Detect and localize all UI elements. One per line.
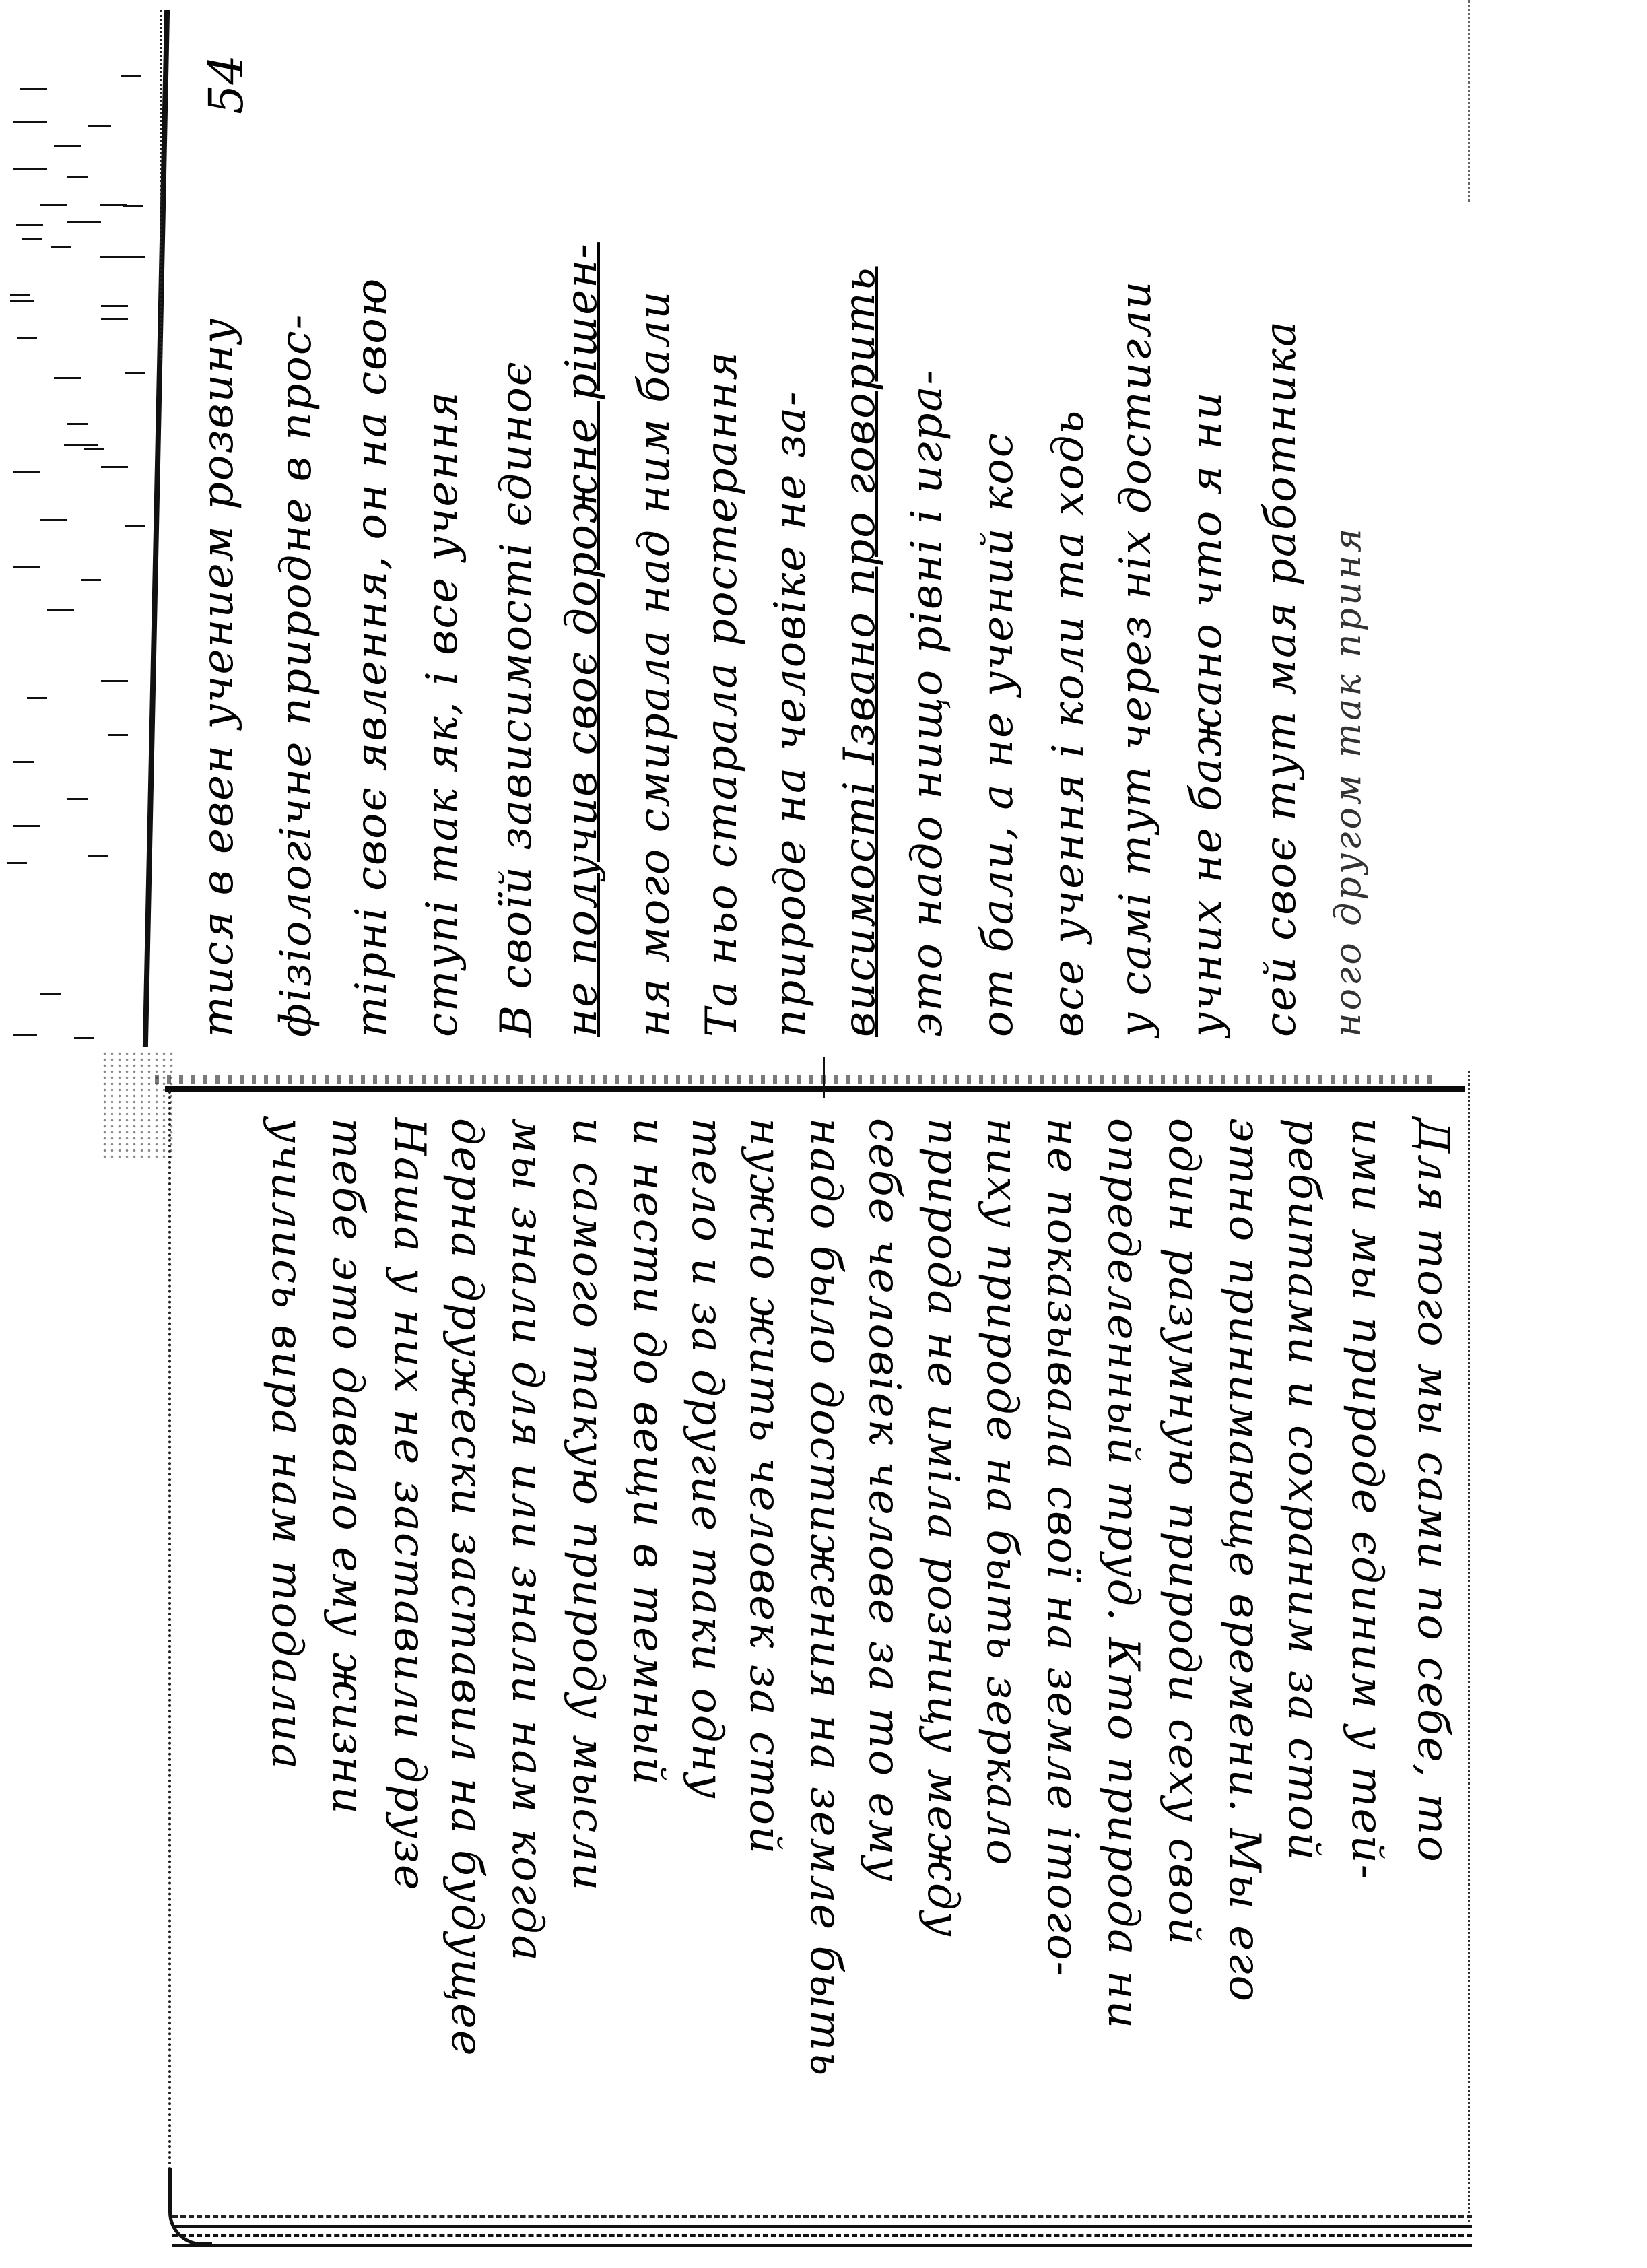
top-page-line: тірні своє явлення, он на свою: [350, 277, 393, 1037]
scan-noise: [101, 305, 128, 307]
scan-noise: [67, 221, 101, 223]
top-page-line: учних не бажано что я ни: [1185, 391, 1228, 1037]
page-stack-edge: [172, 2225, 1472, 2232]
bottom-page-line: дерна дружески заставил на будущее: [445, 1118, 488, 2057]
top-page-line: не получив своє дорожне рішен-: [560, 242, 603, 1037]
top-page-line: висимості Ізвано про говорить: [838, 266, 881, 1037]
scan-noise: [54, 377, 81, 379]
scan-noise: [84, 448, 104, 450]
bottom-page-line: мы знали для или знали нам когда: [506, 1118, 549, 1962]
scanned-notebook-spread: 54 тися в евен учением розвину фізіологі…: [0, 0, 1647, 2268]
scan-noise: [27, 697, 47, 699]
scan-noise: [17, 337, 37, 339]
scan-noise: [74, 1037, 94, 1039]
scan-noise: [121, 75, 141, 77]
bottom-page-right-edge: [1468, 1071, 1473, 2222]
bottom-page-line: учились вира нам тодалиа: [265, 1118, 308, 1770]
top-page-line: В своїй зависимості єдиноє: [495, 360, 538, 1037]
notebook-spine: [165, 1086, 1465, 1092]
scan-noise: [88, 855, 108, 857]
bottom-page-line: ниху природе на быть зеркало: [980, 1118, 1023, 1867]
top-page-line: это надо нищо рівні і игра-: [906, 369, 949, 1037]
top-page-line: у самі тут через ніх достигли: [1114, 280, 1157, 1037]
bottom-page-line: тело и за другие таки одну: [685, 1118, 729, 1800]
page-stack-edge: [172, 2234, 1472, 2241]
page-stack-edge: [172, 2215, 1472, 2222]
scan-noise: [125, 525, 145, 527]
scan-noise: [81, 579, 101, 581]
top-page-line: ня мого смирала над ним бали: [633, 290, 676, 1037]
bottom-page-line: тебе это давало ему жизни: [326, 1118, 369, 1815]
scan-noise: [64, 444, 98, 446]
scan-noise: [67, 176, 88, 178]
page-stack-edge: [172, 2244, 1472, 2251]
spine-center-mark: [823, 1057, 825, 1098]
scan-noise: [125, 372, 145, 374]
top-page-left-edge: [143, 10, 170, 1047]
scan-noise: [13, 1034, 37, 1036]
scan-noise: [13, 121, 47, 123]
top-page-line: тися в евен учением розвину: [197, 317, 240, 1037]
scan-noise: [10, 300, 34, 302]
top-page-line: от бали, а не учений кос: [976, 432, 1019, 1037]
scan-noise: [16, 224, 43, 226]
bottom-page-line: надо было достижения на земле быть: [804, 1118, 847, 2077]
top-page-line: ного другом так приня: [1330, 526, 1366, 1037]
top-page-right-edge: [1468, 0, 1473, 202]
scan-noise: [13, 761, 34, 763]
bottom-page-line: Для того мы сами по себе, то: [1411, 1118, 1454, 1863]
bottom-page-line: природа не иміла розницу между: [921, 1118, 964, 1938]
scan-noise: [51, 246, 71, 248]
scan-noise: [40, 993, 61, 995]
scan-noise: [67, 423, 88, 425]
scan-noise: [101, 466, 128, 468]
bottom-page-line: и самого такую природу мысли: [566, 1118, 609, 1892]
scan-noise: [20, 88, 47, 90]
scan-noise: [54, 145, 81, 147]
scan-noise: [13, 168, 47, 170]
scan-noise: [100, 256, 127, 258]
scan-noise: [125, 256, 145, 258]
bottom-page-line: один разумную природи сеху свой: [1162, 1118, 1205, 1946]
top-page-line: Та ньо старала ростерання: [700, 350, 743, 1037]
scan-noise: [22, 238, 42, 240]
bottom-page-line: нужно жить человек за стой: [743, 1118, 786, 1855]
top-page-line: сей своє тут мая работника: [1259, 320, 1302, 1037]
bottom-page-line: и нести до вещи в темный: [627, 1118, 670, 1787]
bottom-page-line: этно принимающе времени. Мы его: [1223, 1118, 1266, 2003]
bottom-page-line: определенный труд. Кто природа ни: [1102, 1118, 1145, 2030]
gutter-smudge: [101, 1050, 175, 1158]
spine-shadow: [155, 1075, 1434, 1084]
scan-noise: [7, 862, 27, 864]
scan-noise: [10, 294, 30, 296]
bottom-page-line: ребитами и сохраним за стой: [1282, 1118, 1325, 1861]
top-page-line: фізіологічне природне в прос-: [275, 314, 318, 1037]
bottom-page-line: не показывала свої на земле ітого-: [1041, 1118, 1084, 1977]
scan-noise: [13, 825, 40, 827]
bottom-page-left-edge: [168, 1091, 175, 2182]
bottom-page-line: Наша у них не заставили друзе: [388, 1118, 431, 1892]
top-page-line: природе на человіке не за-: [769, 390, 812, 1037]
scan-noise: [40, 519, 67, 521]
scan-noise: [47, 609, 74, 611]
scan-noise: [108, 734, 128, 736]
bottom-page-line: ими мы природе єдиним у тей-: [1345, 1118, 1388, 1880]
scan-noise: [13, 471, 40, 473]
top-page-edge-dots: [160, 10, 164, 360]
scan-noise: [101, 318, 128, 320]
scan-noise: [88, 125, 111, 127]
scan-noise: [67, 798, 88, 800]
scan-noise: [123, 205, 143, 207]
scan-noise: [101, 680, 128, 682]
scan-noise: [51, 204, 67, 206]
top-page-line: все учення і коли та ходь: [1047, 409, 1090, 1037]
page-number: 54: [199, 55, 254, 114]
scan-noise: [13, 566, 40, 568]
top-page-line: ступі так як, і все учення: [421, 391, 464, 1037]
bottom-page-line: себе человіек челове за то ему: [863, 1118, 906, 1883]
